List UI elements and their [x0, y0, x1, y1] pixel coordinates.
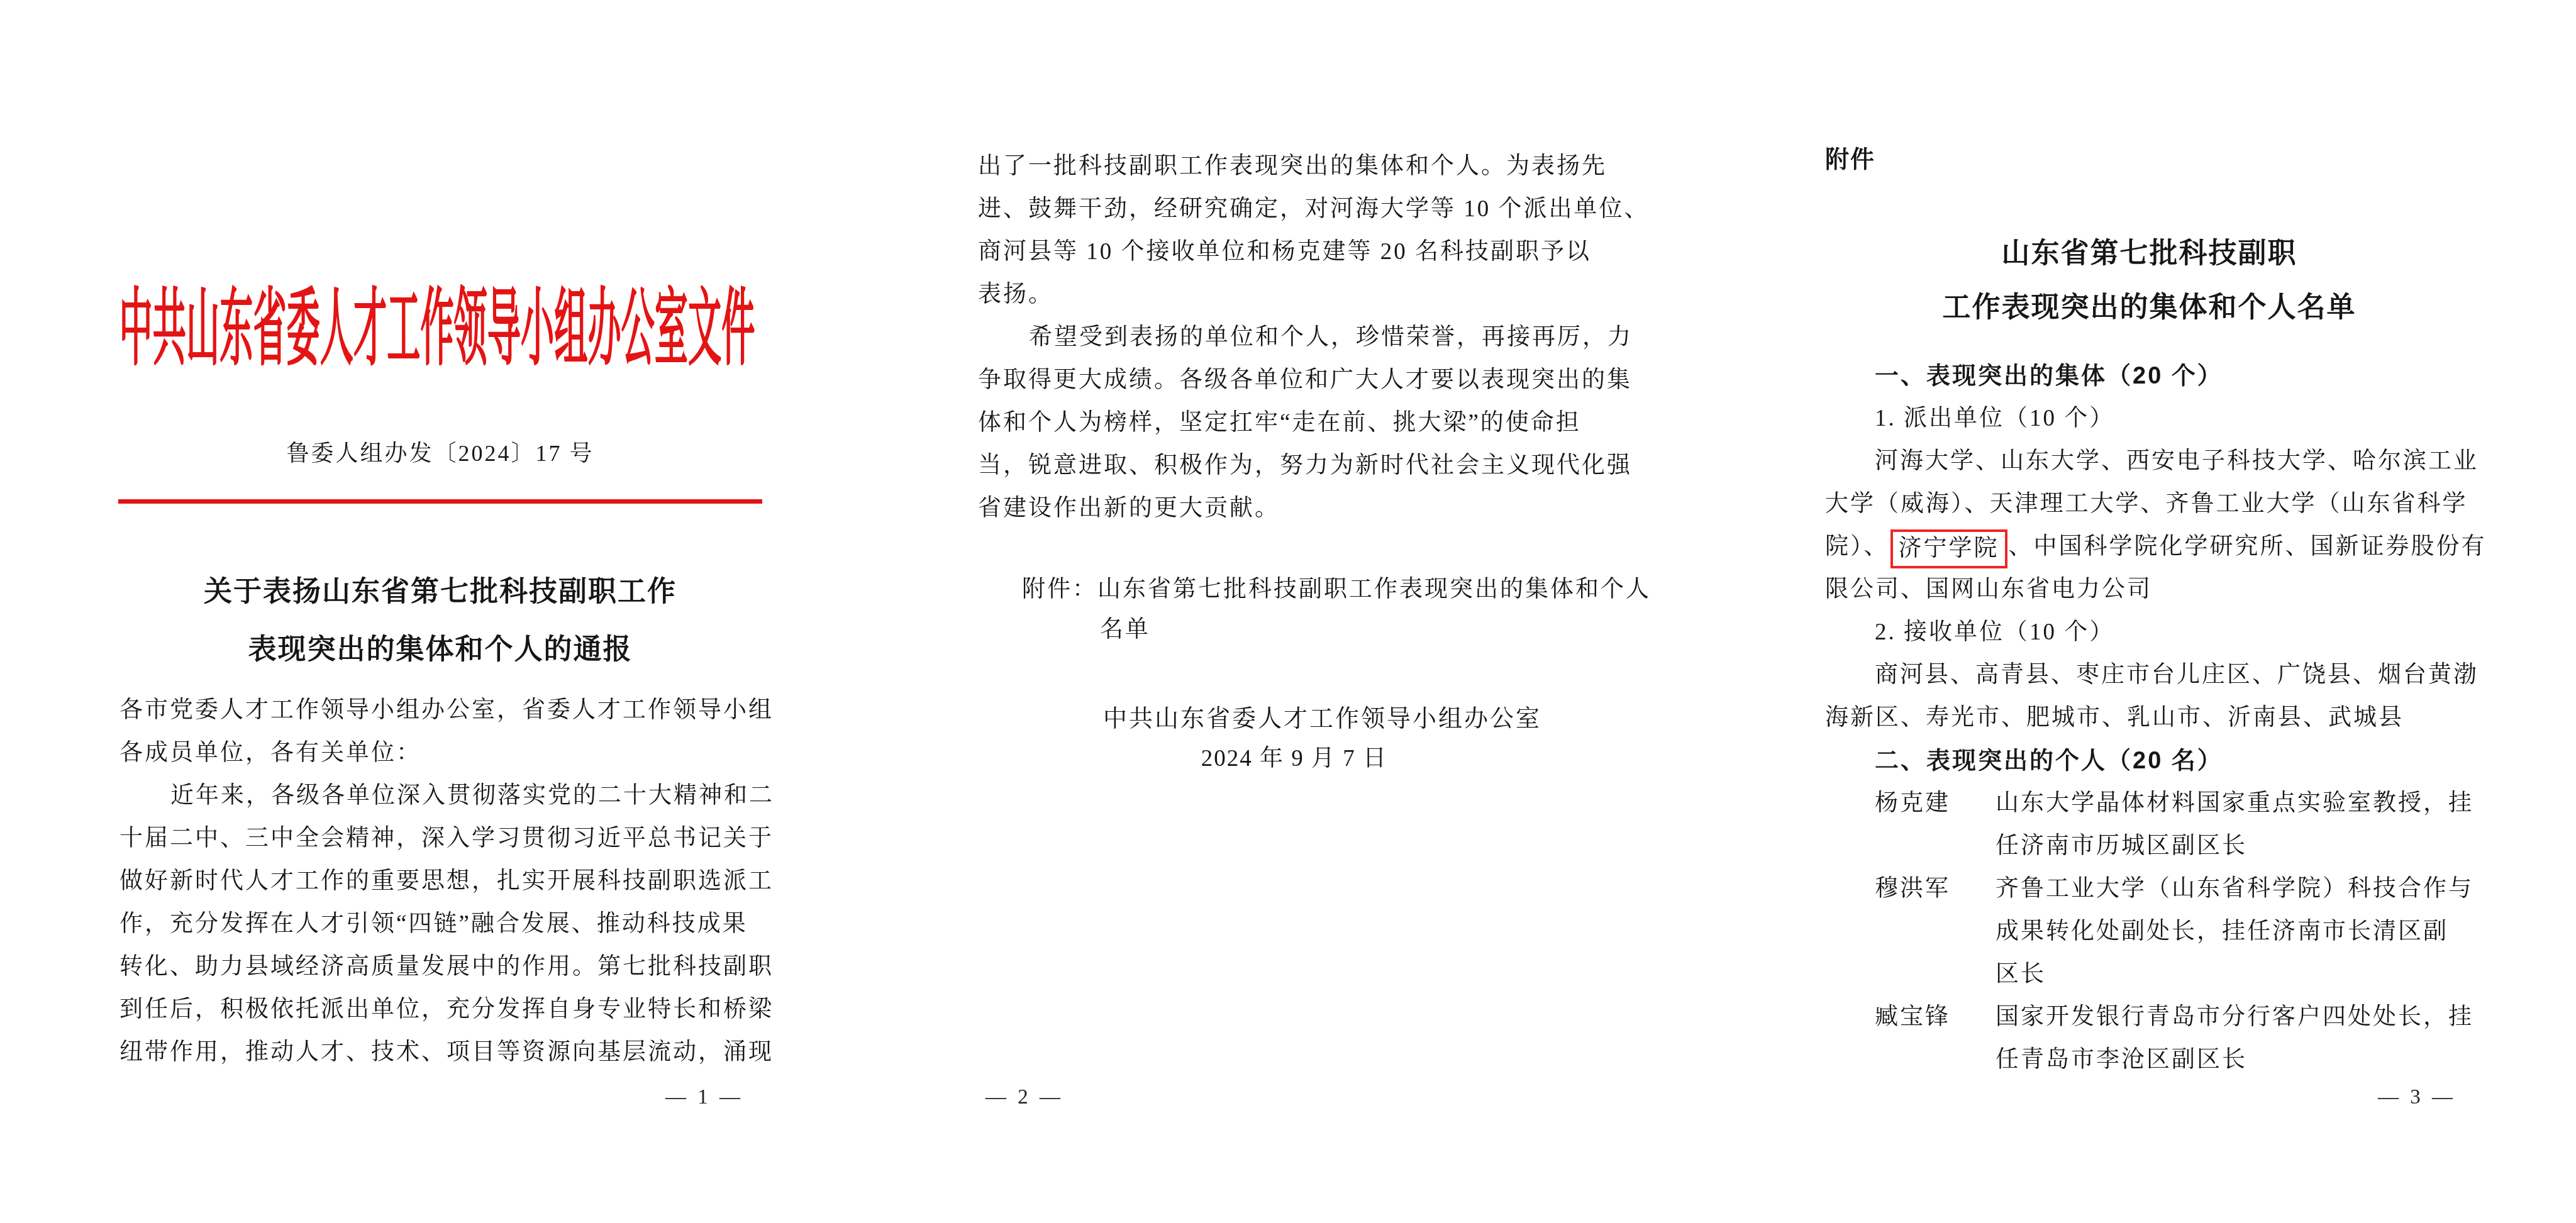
- person-desc-line: 区长: [1996, 961, 2046, 987]
- dispatch-units-text-pre: 院）、: [1825, 534, 1889, 560]
- body-line: 作，充分发挥在人才引领“四链”融合发展、推动科技成果: [119, 903, 786, 946]
- body-line: 十届二中、三中全会精神，深入学习贯彻习近平总书记关于: [119, 817, 786, 860]
- document-scan: 中共山东省委人才工作领导小组办公室文件 鲁委人组办发〔2024〕17 号 关于表…: [0, 0, 2576, 1223]
- body-line: 各成员单位，各有关单位：: [119, 732, 786, 775]
- dispatch-units-line: 大学（威海）、天津理工大学、齐鲁工业大学（山东省科学: [1825, 483, 2492, 526]
- page-number-3: — 3 —: [1825, 1082, 2473, 1113]
- person-entry-row: 穆洪军 齐鲁工业大学（山东省科学院）科技合作与: [1825, 868, 2492, 910]
- body-line: 出了一批科技副职工作表现突出的集体和个人。为表扬先: [978, 145, 1645, 188]
- person-entry-row: 成果转化处副处长，挂任济南市长清区副: [1825, 910, 2492, 953]
- body-line: 当，锐意进取、积极作为，努力为新时代社会主义现代化强: [978, 445, 1645, 487]
- person-entry-row: 任济南市历城区副区长: [1825, 825, 2492, 868]
- section-heading-individuals: 二、表现突出的个人（20 名）: [1825, 739, 2492, 782]
- dispatch-units-line-highlighted: 院）、济宁学院、中国科学院化学研究所、国新证券股份有: [1825, 526, 2492, 568]
- body-line: 纽带作用，推动人才、技术、项目等资源向基层流动，涌现: [119, 1031, 786, 1074]
- dispatch-units-text-post: 、中国科学院化学研究所、国新证券股份有: [2009, 534, 2487, 560]
- body-line: 近年来，各级各单位深入贯彻落实党的二十大精神和二: [119, 775, 786, 817]
- attachment-label: 附件: [1825, 142, 2077, 177]
- body-line: 转化、助力县域经济高质量发展中的作用。第七批科技副职: [119, 946, 786, 988]
- person-desc-line: 任济南市历城区副区长: [1996, 833, 2247, 859]
- body-line: 进、鼓舞干劲，经研究确定，对河海大学等 10 个派出单位、: [978, 188, 1645, 231]
- appendix-title: 山东省第七批科技副职 工作表现突出的集体和个人名单: [1825, 226, 2473, 335]
- page-1-body: 各市党委人才工作领导小组办公室，省委人才工作领导小组 各成员单位，各有关单位： …: [119, 689, 786, 1074]
- person-entry-row: 任青岛市李沧区副区长: [1825, 1039, 2492, 1082]
- page-3: 附件 山东省第七批科技副职 工作表现突出的集体和个人名单 一、表现突出的集体（2…: [1718, 0, 2576, 1223]
- red-letterhead: 中共山东省委人才工作领导小组办公室文件: [94, 269, 780, 392]
- document-number: 鲁委人组办发〔2024〕17 号: [119, 436, 761, 471]
- attachment-note-line-2: 名单: [978, 610, 1645, 650]
- person-desc-line: 山东大学晶体材料国家重点实验室教授，挂: [1996, 790, 2473, 816]
- person-name: 杨克建: [1875, 782, 1950, 825]
- attachment-note-line-1: 附件：山东省第七批科技副职工作表现突出的集体和个人: [978, 570, 1645, 610]
- body-line: 省建设作出新的更大贡献。: [978, 487, 1645, 530]
- body-line: 希望受到表扬的单位和个人，珍惜荣誉，再接再厉，力: [978, 316, 1645, 359]
- receiving-units-line: 商河县、高青县、枣庄市台儿庄区、广饶县、烟台黄渤: [1825, 654, 2492, 697]
- appendix-title-line-1: 山东省第七批科技副职: [1825, 226, 2473, 280]
- body-line: 做好新时代人才工作的重要思想，扎实开展科技副职选派工: [119, 860, 786, 903]
- person-desc-line: 齐鲁工业大学（山东省科学院）科技合作与: [1996, 876, 2473, 902]
- person-desc-line: 任青岛市李沧区副区长: [1996, 1047, 2247, 1073]
- body-line: 各市党委人才工作领导小组办公室，省委人才工作领导小组: [119, 689, 786, 732]
- attachment-note: 附件：山东省第七批科技副职工作表现突出的集体和个人 名单: [978, 570, 1645, 650]
- appendix-list: 一、表现突出的集体（20 个） 1. 派出单位（10 个） 河海大学、山东大学、…: [1825, 355, 2492, 1082]
- document-title-line-2: 表现突出的集体和个人的通报: [119, 621, 761, 678]
- person-desc-line: 成果转化处副处长，挂任济南市长清区副: [1996, 919, 2448, 944]
- page-number-1: — 1 —: [119, 1082, 761, 1113]
- body-line: 争取得更大成绩。各级各单位和广大人才要以表现突出的集: [978, 359, 1645, 402]
- body-line: 体和个人为榜样，坚定扛牢“走在前、挑大梁”的使命担: [978, 402, 1645, 445]
- person-entry-row: 杨克建 山东大学晶体材料国家重点实验室教授，挂: [1825, 782, 2492, 825]
- receiving-units-line: 海新区、寿光市、肥城市、乳山市、沂南县、武城县: [1825, 697, 2492, 739]
- page-2-body: 出了一批科技副职工作表现突出的集体和个人。为表扬先 进、鼓舞干劲，经研究确定，对…: [978, 145, 1645, 530]
- section-heading-collectives: 一、表现突出的集体（20 个）: [1825, 355, 2492, 397]
- red-letterhead-title: 中共山东省委人才工作领导小组办公室文件: [119, 184, 755, 478]
- person-name: 臧宝锋: [1875, 996, 1950, 1039]
- person-entry-row: 臧宝锋 国家开发银行青岛市分行客户四处处长，挂: [1825, 996, 2492, 1039]
- page-2: 出了一批科技副职工作表现突出的集体和个人。为表扬先 进、鼓舞干劲，经研究确定，对…: [858, 0, 1718, 1223]
- body-line: 到任后，积极依托派出单位，充分发挥自身专业特长和桥梁: [119, 988, 786, 1031]
- document-title: 关于表扬山东省第七批科技副职工作 表现突出的集体和个人的通报: [119, 563, 761, 678]
- person-entry-row: 区长: [1825, 953, 2492, 996]
- body-line: 表扬。: [978, 274, 1645, 316]
- subsection-heading-dispatch-units: 1. 派出单位（10 个）: [1825, 397, 2492, 440]
- person-desc-line: 国家开发银行青岛市分行客户四处处长，挂: [1996, 1004, 2473, 1030]
- issue-date: 2024 年 9 月 7 日: [978, 739, 1619, 779]
- page-1: 中共山东省委人才工作领导小组办公室文件 鲁委人组办发〔2024〕17 号 关于表…: [0, 0, 859, 1223]
- issuing-authority-signature: 中共山东省委人才工作领导小组办公室: [978, 698, 1619, 739]
- page-number-2: — 2 —: [978, 1082, 1619, 1113]
- subsection-heading-receiving-units: 2. 接收单位（10 个）: [1825, 611, 2492, 654]
- appendix-title-line-2: 工作表现突出的集体和个人名单: [1825, 280, 2473, 335]
- red-highlight-box: 济宁学院: [1890, 529, 2007, 568]
- document-title-line-1: 关于表扬山东省第七批科技副职工作: [119, 563, 761, 621]
- red-divider-line: [118, 499, 762, 504]
- body-line: 商河县等 10 个接收单位和杨克建等 20 名科技副职予以: [978, 231, 1645, 274]
- person-name: 穆洪军: [1875, 868, 1950, 910]
- dispatch-units-line: 河海大学、山东大学、西安电子科技大学、哈尔滨工业: [1825, 440, 2492, 483]
- dispatch-units-line: 限公司、国网山东省电力公司: [1825, 568, 2492, 611]
